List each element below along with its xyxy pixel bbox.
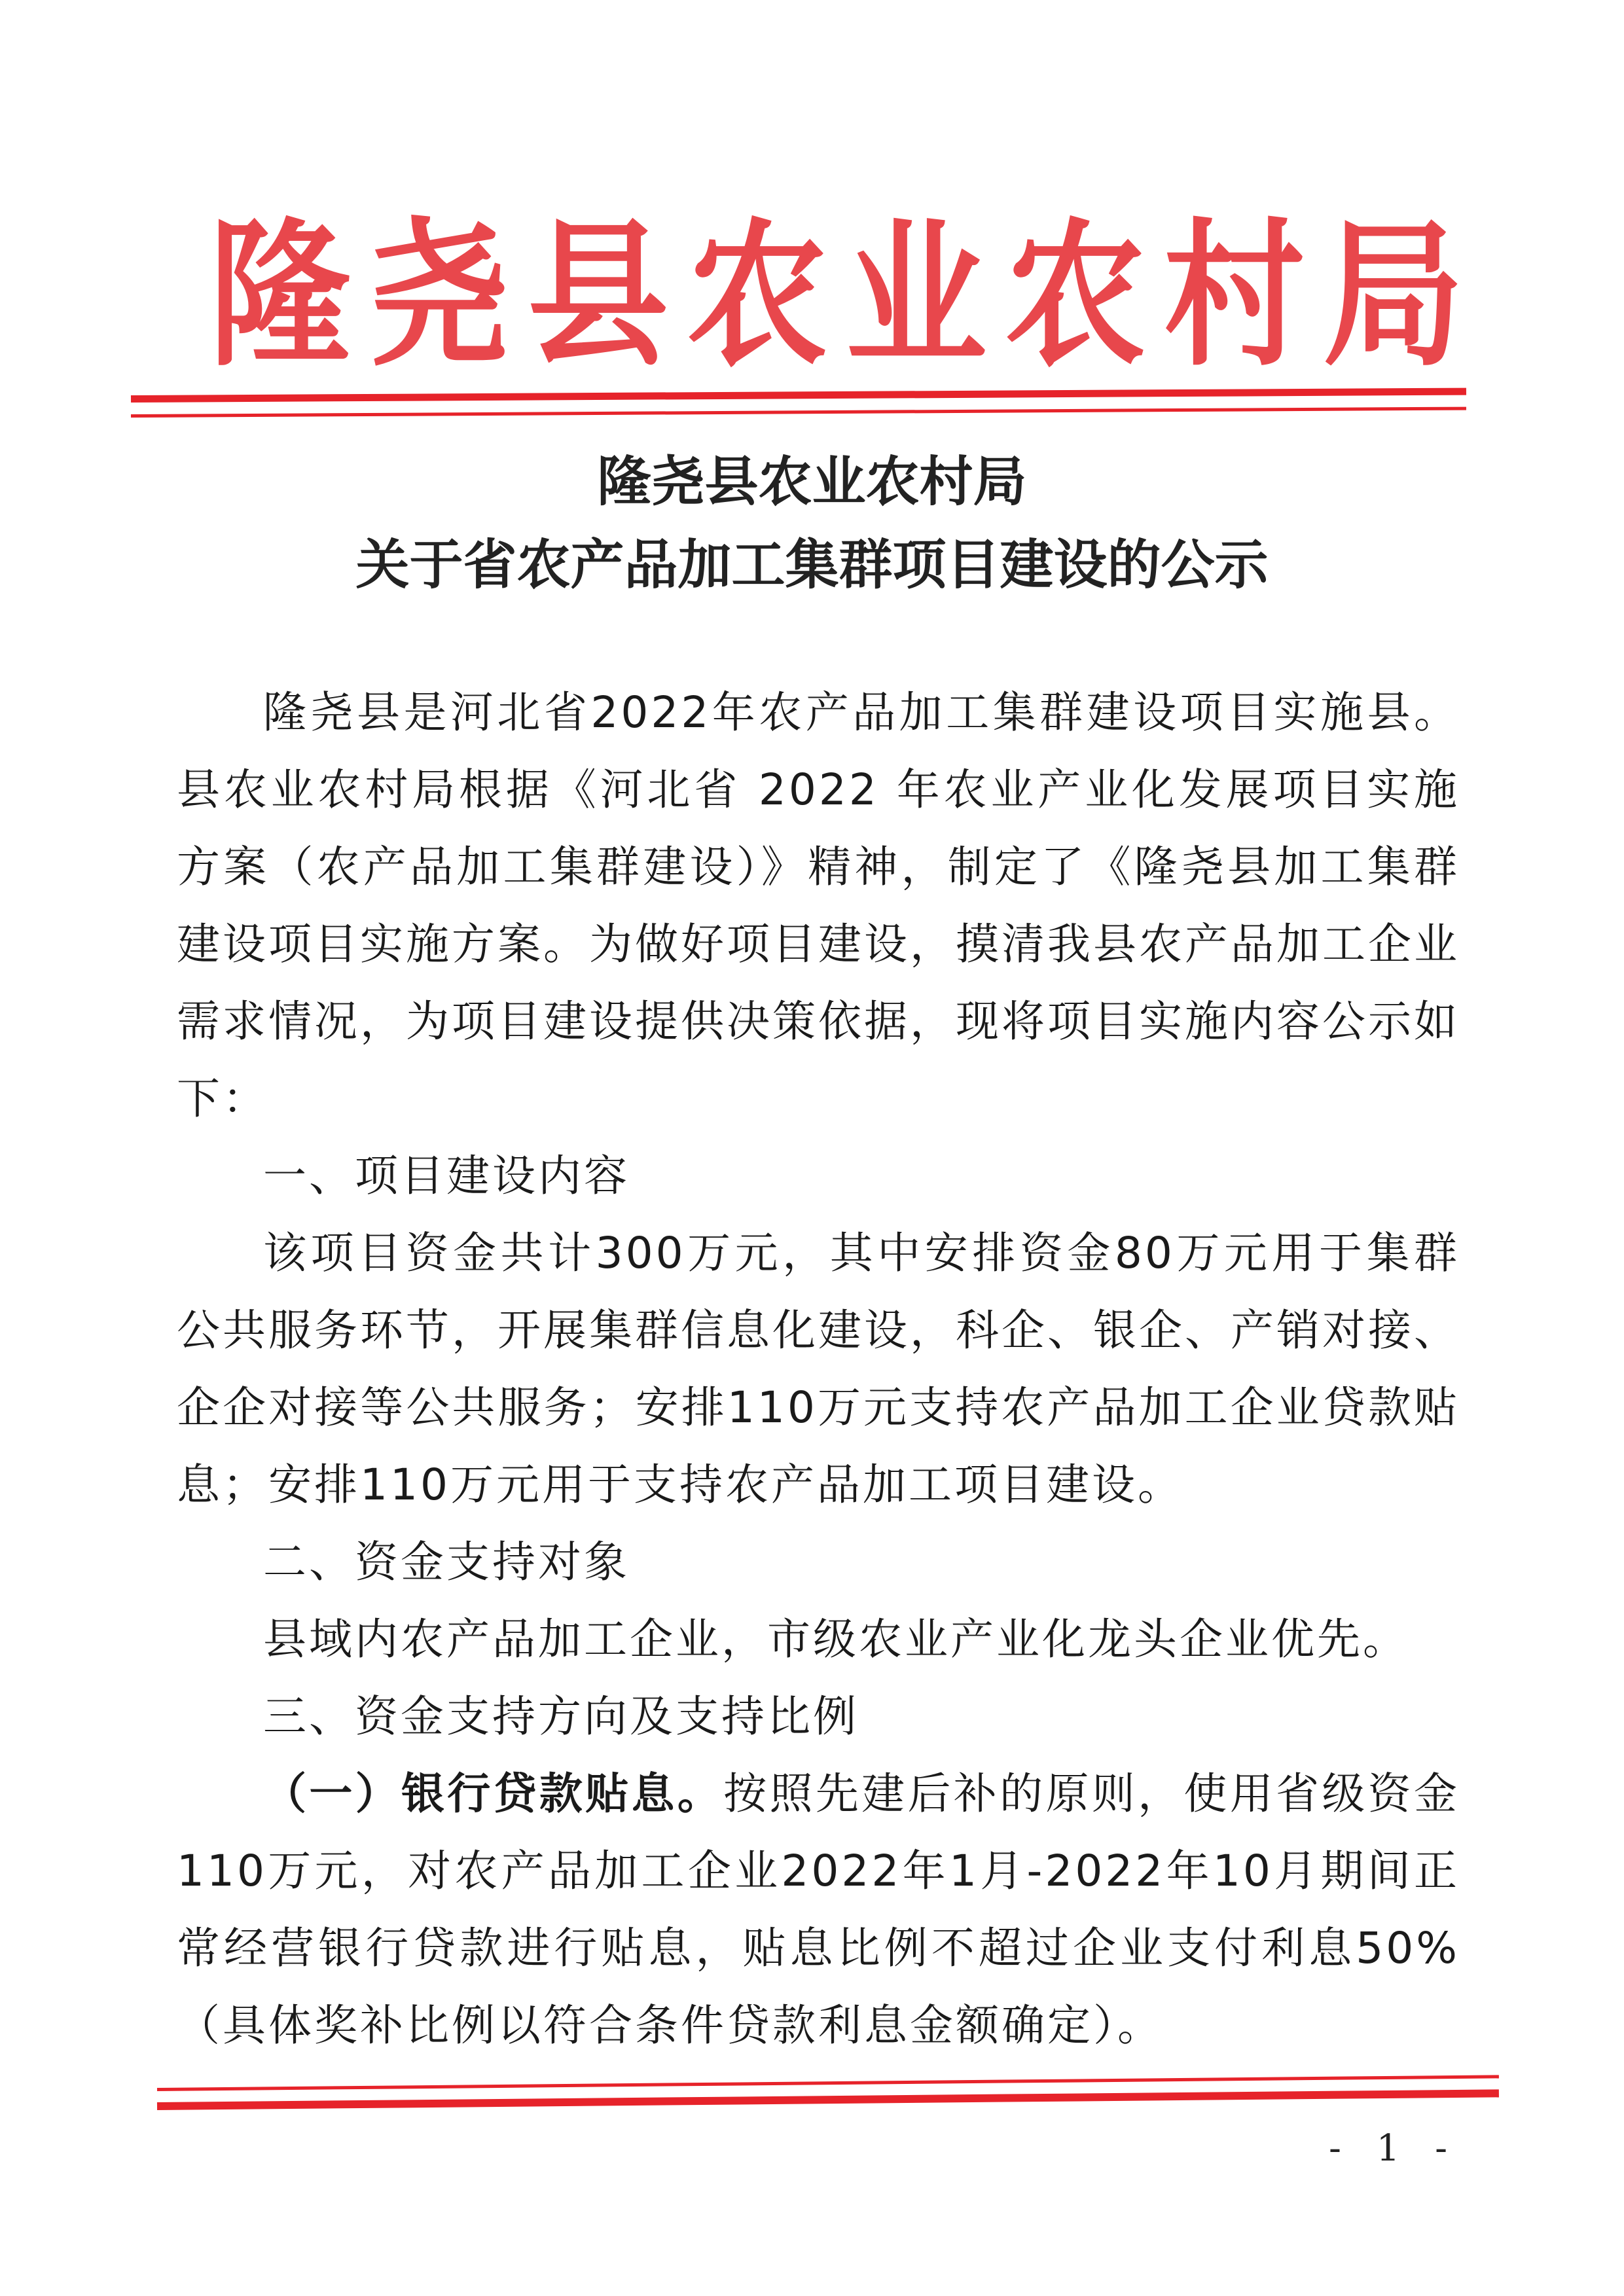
footer-rule-thick [157,2089,1499,2110]
intro-paragraph: 隆尧县是河北省2022年农产品加工集群建设项目实施县。县农业农村局根据《河北省 … [177,674,1460,1138]
masthead-rule-thick [131,388,1466,403]
page-number: - 1 - [1329,2127,1459,2170]
section-heading-3: 三、资金支持方向及支持比例 [177,1678,1460,1755]
footer-rule-thin [157,2075,1499,2091]
masthead-rule-thin [131,407,1466,418]
document-title-line2: 关于省农产品加工集群项目建设的公示 [0,538,1624,592]
section-heading-1: 一、项目建设内容 [177,1138,1460,1215]
sub-item-1: （一）银行贷款贴息。按照先建后补的原则，使用省级资金110万元，对农产品加工企业… [177,1755,1460,2064]
section-paragraph-2: 县域内农产品加工企业，市级农业产业化龙头企业优先。 [177,1601,1460,1678]
document-body: 隆尧县是河北省2022年农产品加工集群建设项目实施县。县农业农村局根据《河北省 … [177,674,1460,2064]
section-paragraph-1: 该项目资金共计300万元，其中安排资金80万元用于集群公共服务环节，开展集群信息… [177,1215,1460,1524]
section-heading-2: 二、资金支持对象 [177,1524,1460,1601]
agency-masthead: 隆尧县农业农村局 [209,216,1388,374]
document-title-line1: 隆尧县农业农村局 [0,455,1624,509]
sub-item-label: （一）银行贷款贴息。 [263,1768,723,1819]
